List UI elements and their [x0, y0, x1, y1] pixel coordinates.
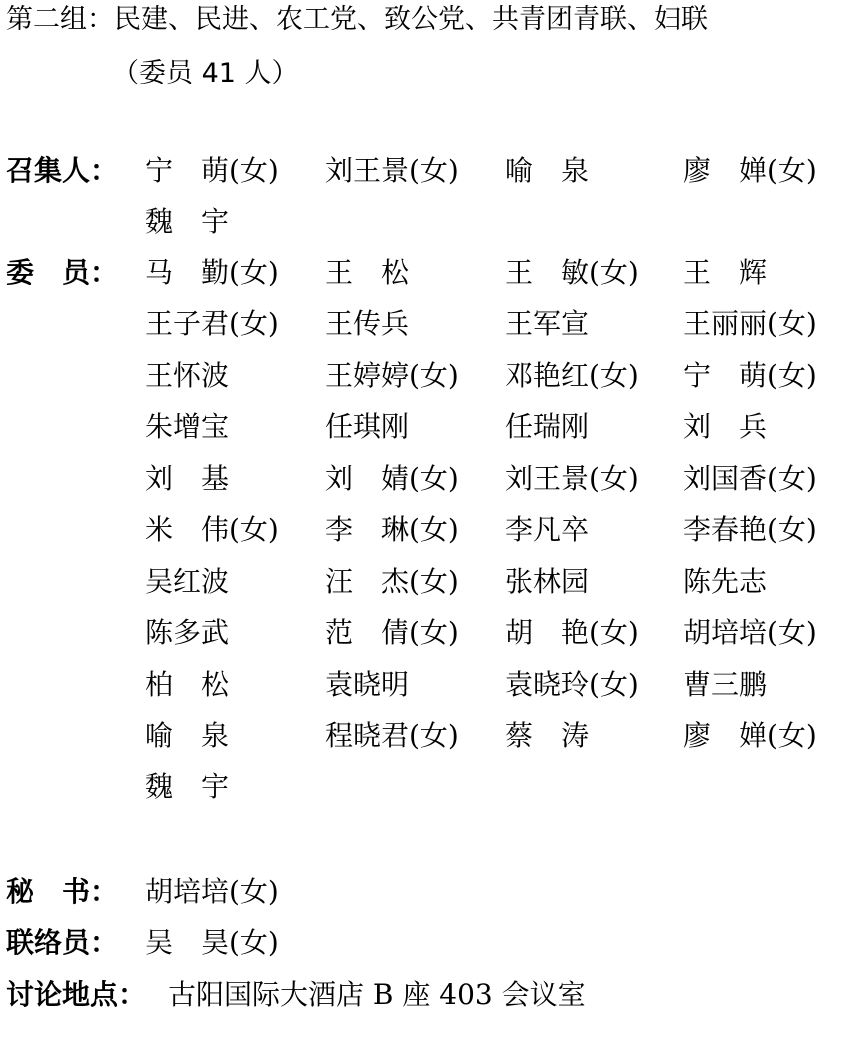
name-cell: 邓艳红(女) — [505, 358, 639, 394]
liaison-label: 联络员： — [6, 925, 118, 961]
name-cell: 魏 宇 — [145, 769, 229, 805]
name-cell: 喻 泉 — [145, 718, 229, 754]
name-cell: 廖 婵(女) — [683, 718, 817, 754]
name-cell: 李春艳(女) — [683, 512, 817, 548]
name-cell: 刘王景(女) — [325, 153, 459, 189]
name-cell: 王军宣 — [505, 306, 589, 342]
name-cell: 张林园 — [505, 564, 589, 600]
secretary-value: 胡培培(女) — [145, 874, 279, 910]
name-cell: 王 敏(女) — [505, 255, 639, 291]
group-title: 第二组：民建、民进、农工党、致公党、共青团青联、妇联 — [6, 2, 708, 38]
secretary-label: 秘 书： — [6, 874, 118, 910]
name-cell: 喻 泉 — [505, 153, 589, 189]
name-cell: 王子君(女) — [145, 306, 279, 342]
location-value: 古阳国际大酒店 B 座 403 会议室 — [168, 977, 586, 1013]
member-count: （委员 41 人） — [112, 56, 299, 92]
name-cell: 米 伟(女) — [145, 512, 279, 548]
name-cell: 胡 艳(女) — [505, 615, 639, 651]
name-cell: 吴红波 — [145, 564, 229, 600]
name-cell: 任瑞刚 — [505, 409, 589, 445]
liaison-value: 吴 昊(女) — [145, 925, 279, 961]
location-label: 讨论地点： — [6, 977, 146, 1013]
name-cell: 王 松 — [325, 255, 409, 291]
name-cell: 王丽丽(女) — [683, 306, 817, 342]
name-cell: 刘国香(女) — [683, 461, 817, 497]
name-cell: 马 勤(女) — [145, 255, 279, 291]
name-cell: 曹三鹏 — [683, 667, 767, 703]
name-cell: 袁晓明 — [325, 667, 409, 703]
conveners-label: 召集人： — [6, 153, 118, 189]
name-cell: 陈多武 — [145, 615, 229, 651]
name-cell: 汪 杰(女) — [325, 564, 459, 600]
name-cell: 任琪刚 — [325, 409, 409, 445]
name-cell: 廖 婵(女) — [683, 153, 817, 189]
name-cell: 刘王景(女) — [505, 461, 639, 497]
name-cell: 王 辉 — [683, 255, 767, 291]
name-cell: 程晓君(女) — [325, 718, 459, 754]
name-cell: 袁晓玲(女) — [505, 667, 639, 703]
name-cell: 蔡 涛 — [505, 718, 589, 754]
name-cell: 陈先志 — [683, 564, 767, 600]
name-cell: 刘 婧(女) — [325, 461, 459, 497]
name-cell: 宁 萌(女) — [145, 153, 279, 189]
name-cell: 范 倩(女) — [325, 615, 459, 651]
name-cell: 李凡卒 — [505, 512, 589, 548]
members-label: 委 员： — [6, 255, 118, 291]
name-cell: 王婷婷(女) — [325, 358, 459, 394]
name-cell: 王传兵 — [325, 306, 409, 342]
name-cell: 胡培培(女) — [683, 615, 817, 651]
name-cell: 柏 松 — [145, 667, 229, 703]
name-cell: 宁 萌(女) — [683, 358, 817, 394]
name-cell: 李 琳(女) — [325, 512, 459, 548]
name-cell: 朱增宝 — [145, 409, 229, 445]
name-cell: 刘 基 — [145, 461, 229, 497]
name-cell: 魏 宇 — [145, 204, 229, 240]
name-cell: 刘 兵 — [683, 409, 767, 445]
name-cell: 王怀波 — [145, 358, 229, 394]
